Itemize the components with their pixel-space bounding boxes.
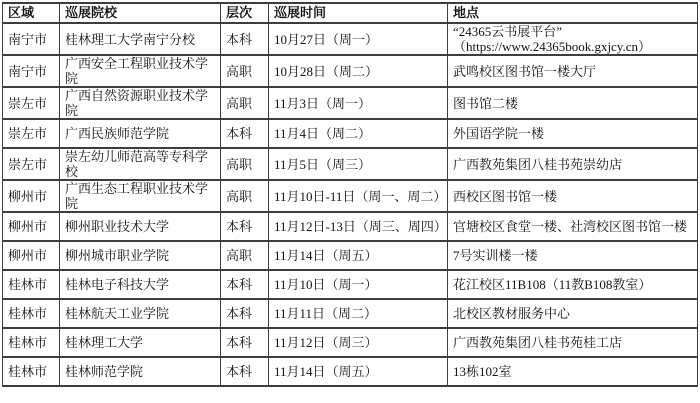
cell-region: 崇左市 [3,119,60,148]
cell-location: 13栋102室 [448,357,698,386]
cell-location: 武鸣校区图书馆一楼大厅 [448,55,698,87]
cell-region: 柳州市 [3,212,60,241]
cell-level: 本科 [221,357,269,386]
header-level: 层次 [221,3,269,23]
table-row: 崇左市广西民族师范学院本科11月4日（周二）外国语学院一楼 [3,119,698,148]
table-row: 南宁市广西安全工程职业技术学院高职10月28日（周二）武鸣校区图书馆一楼大厅 [3,55,698,87]
cell-location: 广西教苑集团八桂书苑桂工店 [448,328,698,357]
cell-level: 高职 [221,180,269,212]
table-row: 柳州市柳州城市职业学院高职11月14日（周五）7号实训楼一楼 [3,241,698,270]
cell-school: 柳州城市职业学院 [60,241,221,270]
cell-school: 桂林理工大学 [60,328,221,357]
cell-time: 11月3日（周一） [269,87,448,119]
cell-school: 桂林理工大学南宁分校 [60,23,221,55]
cell-time: 11月10日-11日（周一、周二） [269,180,448,212]
cell-region: 桂林市 [3,299,60,328]
cell-school: 广西生态工程职业技术学院 [60,180,221,212]
table-row: 崇左市广西自然资源职业技术学院高职11月3日（周一）图书馆二楼 [3,87,698,119]
cell-level: 高职 [221,87,269,119]
cell-region: 柳州市 [3,180,60,212]
header-region: 区域 [3,3,60,23]
cell-level: 本科 [221,119,269,148]
cell-location: 广西教苑集团八桂书苑崇幼店 [448,148,698,180]
cell-location: 西校区图书馆一楼 [448,180,698,212]
table-row: 桂林市桂林电子科技大学本科11月10日（周一）花江校区11B108（11教B10… [3,270,698,299]
cell-location: “24365云书展平台” （https://www.24365book.gxjc… [448,23,698,55]
cell-level: 本科 [221,270,269,299]
cell-school: 桂林航天工业学院 [60,299,221,328]
table-row: 桂林市桂林航天工业学院本科11月11日（周二）北校区教材服务中心 [3,299,698,328]
cell-school: 柳州职业技术大学 [60,212,221,241]
cell-region: 柳州市 [3,241,60,270]
table-row: 崇左市崇左幼儿师范高等专科学校高职11月5日（周三）广西教苑集团八桂书苑崇幼店 [3,148,698,180]
header-location: 地点 [448,3,698,23]
cell-level: 本科 [221,328,269,357]
cell-time: 11月14日（周五） [269,357,448,386]
table-row: 桂林市桂林师范学院本科11月14日（周五）13栋102室 [3,357,698,386]
cell-time: 11月11日（周二） [269,299,448,328]
cell-location: 外国语学院一楼 [448,119,698,148]
exhibition-schedule-table: 区域 巡展院校 层次 巡展时间 地点 南宁市桂林理工大学南宁分校本科10月27日… [2,2,698,387]
cell-level: 本科 [221,299,269,328]
cell-level: 本科 [221,212,269,241]
table-row: 南宁市桂林理工大学南宁分校本科10月27日（周一）“24365云书展平台” （h… [3,23,698,55]
cell-location: 花江校区11B108（11教B108教室） [448,270,698,299]
cell-school: 广西自然资源职业技术学院 [60,87,221,119]
cell-location: 官塘校区食堂一楼、社湾校区图书馆一楼 [448,212,698,241]
cell-region: 南宁市 [3,55,60,87]
cell-level: 高职 [221,55,269,87]
schedule-page: 区域 巡展院校 层次 巡展时间 地点 南宁市桂林理工大学南宁分校本科10月27日… [0,0,700,403]
cell-level: 高职 [221,241,269,270]
cell-time: 11月4日（周二） [269,119,448,148]
header-time: 巡展时间 [269,3,448,23]
cell-school: 广西安全工程职业技术学院 [60,55,221,87]
cell-location: 北校区教材服务中心 [448,299,698,328]
table-row: 桂林市桂林理工大学本科11月12日（周三）广西教苑集团八桂书苑桂工店 [3,328,698,357]
cell-location: 图书馆二楼 [448,87,698,119]
header-row: 区域 巡展院校 层次 巡展时间 地点 [3,3,698,23]
cell-school: 桂林师范学院 [60,357,221,386]
table-row: 柳州市柳州职业技术大学本科11月12日-13日（周三、周四）官塘校区食堂一楼、社… [3,212,698,241]
cell-region: 桂林市 [3,328,60,357]
cell-school: 广西民族师范学院 [60,119,221,148]
cell-time: 10月28日（周二） [269,55,448,87]
cell-location: 7号实训楼一楼 [448,241,698,270]
table-body: 南宁市桂林理工大学南宁分校本科10月27日（周一）“24365云书展平台” （h… [3,23,698,386]
cell-time: 11月12日（周三） [269,328,448,357]
cell-region: 桂林市 [3,357,60,386]
cell-region: 桂林市 [3,270,60,299]
cell-level: 高职 [221,148,269,180]
cell-time: 11月10日（周一） [269,270,448,299]
cell-time: 11月14日（周五） [269,241,448,270]
cell-school: 崇左幼儿师范高等专科学校 [60,148,221,180]
table-row: 柳州市广西生态工程职业技术学院高职11月10日-11日（周一、周二）西校区图书馆… [3,180,698,212]
header-school: 巡展院校 [60,3,221,23]
cell-time: 10月27日（周一） [269,23,448,55]
cell-time: 11月5日（周三） [269,148,448,180]
cell-region: 崇左市 [3,87,60,119]
cell-time: 11月12日-13日（周三、周四） [269,212,448,241]
cell-level: 本科 [221,23,269,55]
cell-school: 桂林电子科技大学 [60,270,221,299]
cell-region: 南宁市 [3,23,60,55]
cell-region: 崇左市 [3,148,60,180]
